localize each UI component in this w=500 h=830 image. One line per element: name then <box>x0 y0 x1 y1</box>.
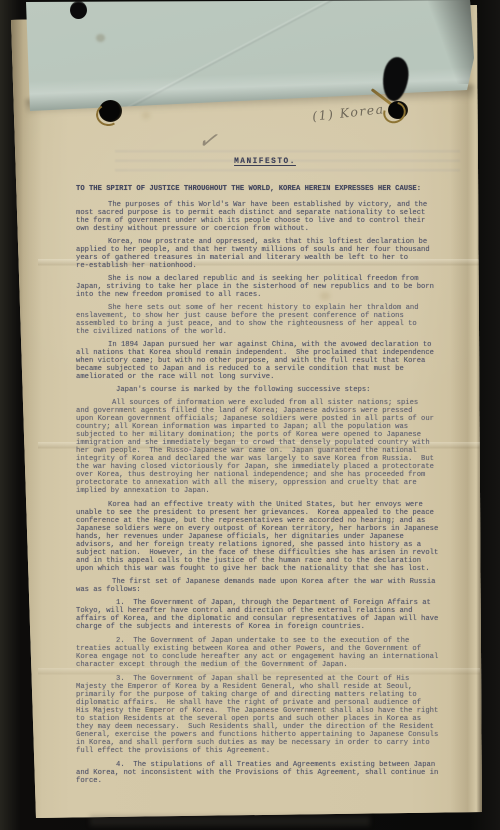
paragraph-successive-steps: All sources of information were excluded… <box>76 399 454 495</box>
cover-corner-shadow <box>428 0 474 84</box>
typewritten-text: MANIFESTO. TO THE SPIRIT OF JUSTICE THRO… <box>76 158 454 785</box>
demand-item-4: 4. The stipulations of all Treaties and … <box>76 761 454 785</box>
paragraph-us-treaty: Korea had an effective treaty with the U… <box>76 501 454 573</box>
demand-item-3: 3. The Government of Japan shall be repr… <box>76 675 454 755</box>
paragraph-japans-course: Japan's course is marked by the followin… <box>76 386 454 394</box>
paragraph-purposes: The purposes of this World's War have be… <box>76 201 454 233</box>
paragraph-recent-history: She here sets out some of her recent his… <box>76 304 454 336</box>
demand-item-1: 1. The Government of Japan, through the … <box>76 599 454 631</box>
paragraph-first-demands: The first set of Japanese demands made u… <box>76 578 454 594</box>
cover-punch-hole <box>70 1 87 19</box>
paragraph-declared-republic: She is now a declared republic and is se… <box>76 275 454 299</box>
scanner-streak <box>90 816 370 826</box>
page-stack-left-edge <box>8 0 42 830</box>
paper-stain <box>142 112 150 119</box>
document-page: MANIFESTO. TO THE SPIRIT OF JUSTICE THRO… <box>0 0 500 830</box>
page-curl-right-edge <box>450 0 482 830</box>
paragraph-war-1894: In 1894 Japan pursued her war against Ch… <box>76 341 454 381</box>
scanner-background: MANIFESTO. TO THE SPIRIT OF JUSTICE THRO… <box>0 0 500 830</box>
demand-item-2: 2. The Government of Japan undertake to … <box>76 637 454 669</box>
document-title: MANIFESTO. <box>76 158 454 166</box>
document-salutation: TO THE SPIRIT OF JUSTICE THROUGHOUT THE … <box>76 185 454 193</box>
cover-stain <box>96 34 105 42</box>
paragraph-korea-prostrate: Korea, now prostrate and oppressed, asks… <box>76 238 454 270</box>
